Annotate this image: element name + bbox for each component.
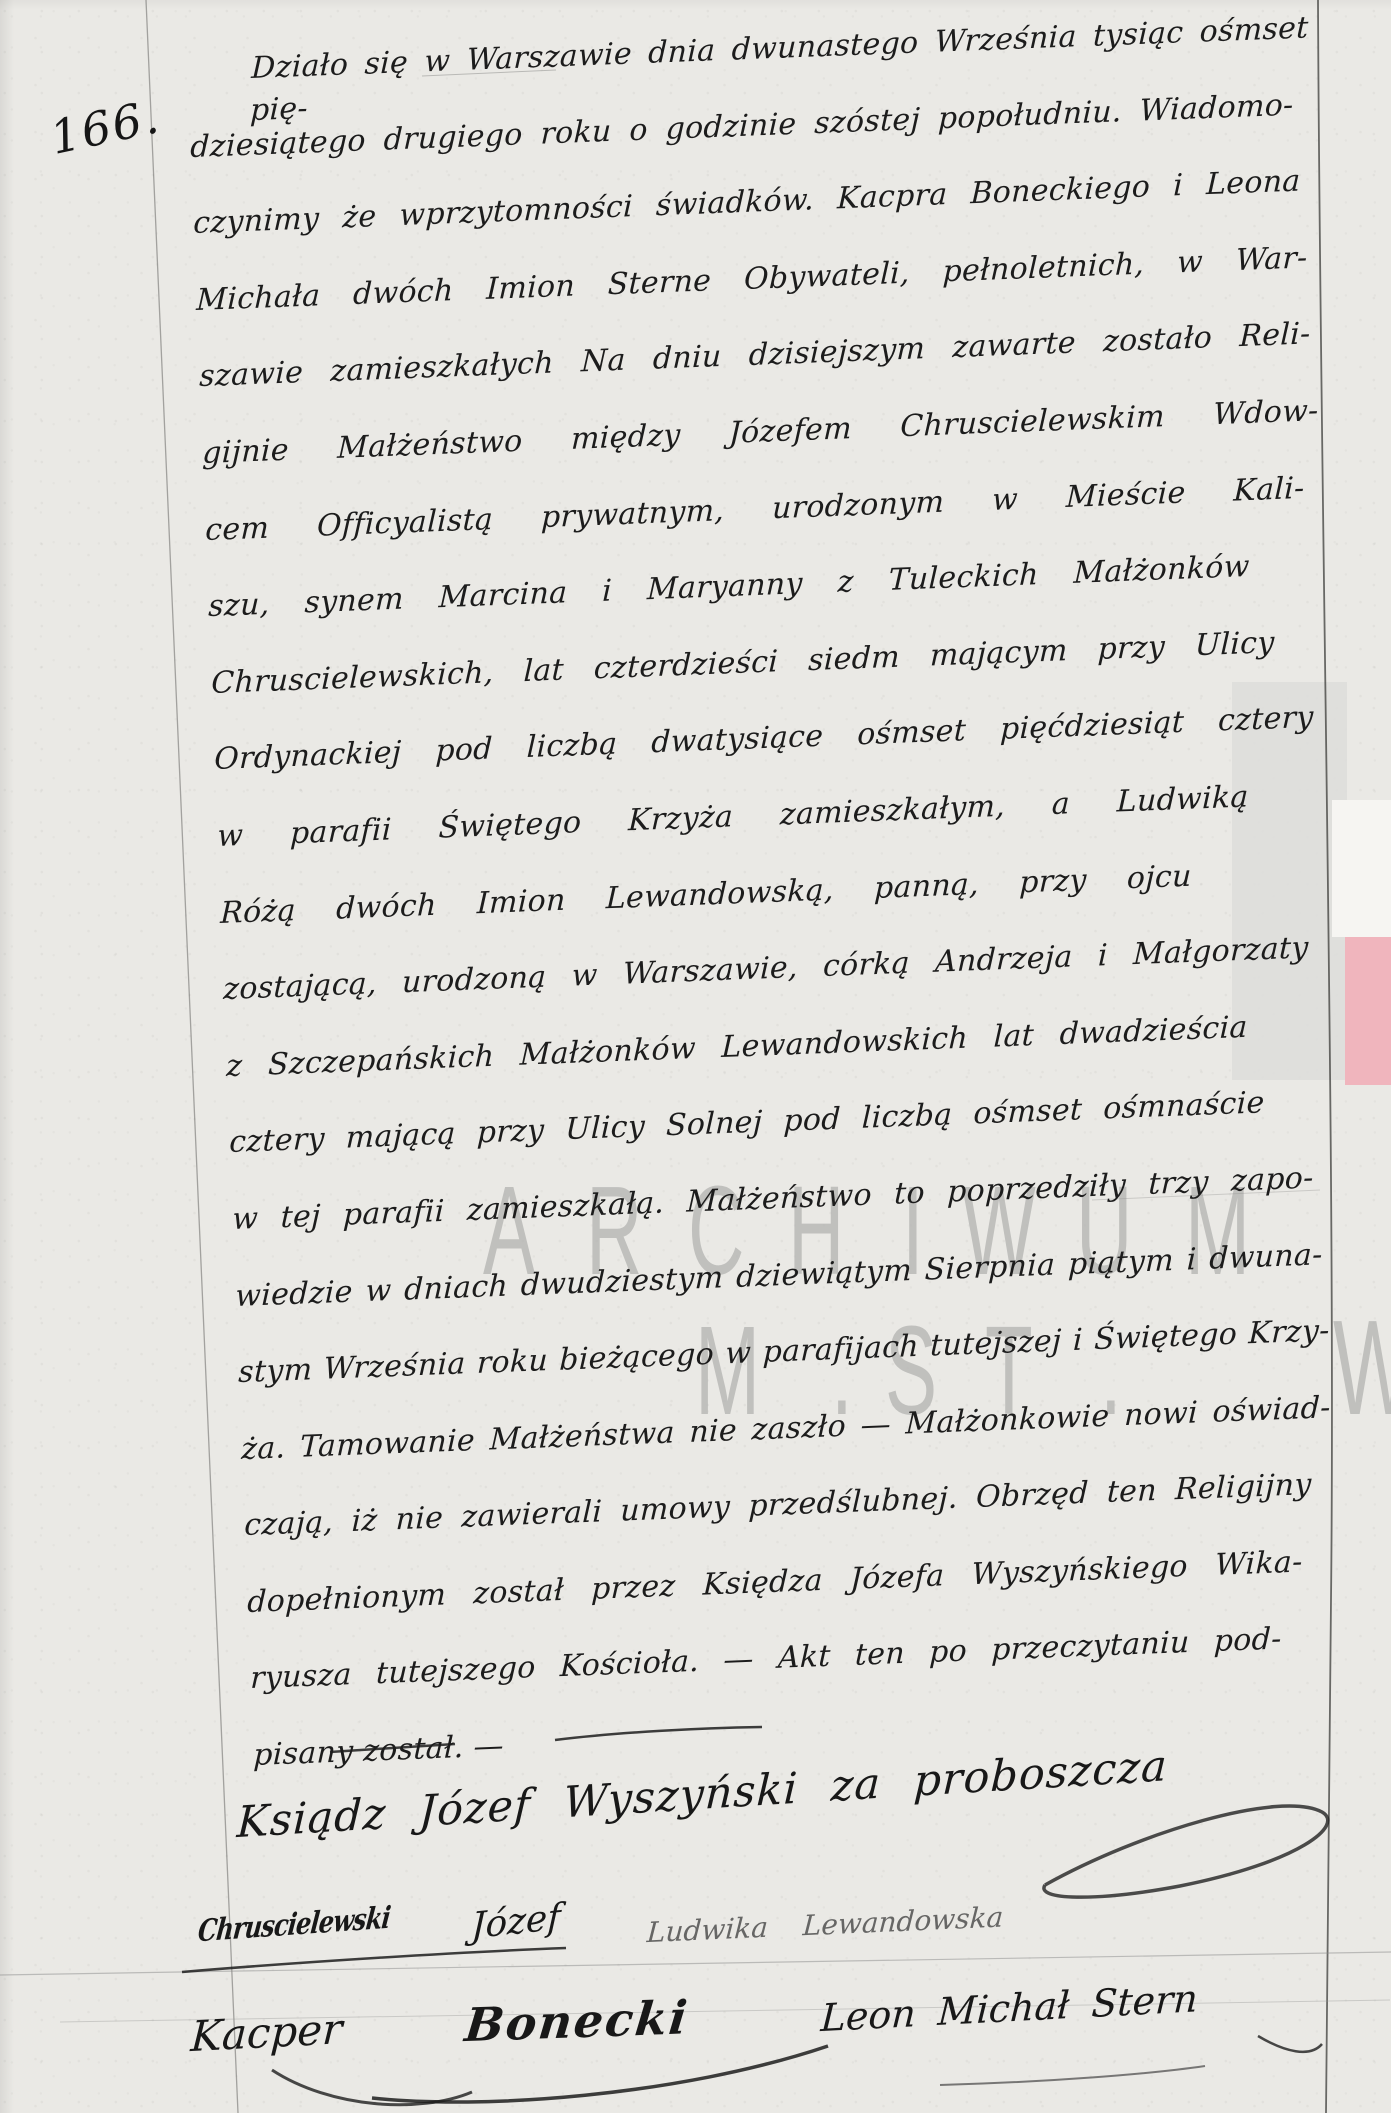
record-text-line: ża. Tamowanie Małżeństwa nie zaszło — Ma… (241, 1387, 1332, 1471)
record-text-line: z Szczepańskich Małżonków Lewandowskich … (226, 1007, 1249, 1088)
scanned-document-page: A R C H I W U M M . S T . W 166. Działo (0, 0, 1391, 2113)
record-text-line: zostającą, urodzoną w Warszawie, córką A… (223, 927, 1310, 1011)
signature-groom-firstname: Józef (471, 1897, 562, 1948)
record-text-line: gijnie Małżeństwo między Józefem Chrusci… (202, 390, 1319, 475)
priest-signature-flourish (1044, 1806, 1328, 1897)
signature-witness1-last: Bonecki (462, 1990, 691, 2052)
signature-witness2: Leon Michał Stern (820, 1976, 1199, 2040)
watermark-white-block (1332, 800, 1391, 937)
record-text-line: cem Officyalistą prywatnym, urodzonym w … (205, 468, 1306, 552)
record-number: 166. (46, 89, 165, 165)
record-text-line: czają, iż nie zawierali umowy przedślubn… (244, 1464, 1313, 1547)
record-text-line: pisany został. — (253, 1719, 674, 1777)
bonecki-signature-flourish (372, 2046, 828, 2102)
record-text-line: stym Września roku bieżącego w parafijac… (238, 1310, 1331, 1394)
record-text-line: w tej parafii zamieszkałą. Małżeństwo to… (232, 1157, 1315, 1241)
record-text-line: Różą dwóch Imion Lewandowską, panną, prz… (220, 856, 1193, 935)
record-text-line: ryusza tutejszego Kościoła. — Akt ten po… (250, 1618, 1283, 1700)
watermark-pink-block (1345, 937, 1391, 1085)
stern-signature-flourish (1258, 2036, 1322, 2052)
record-text-line: Chruscielewskich, lat czterdzieści siedm… (211, 622, 1276, 705)
record-text-line: dopełnionym został przez Księdza Józefa … (247, 1541, 1304, 1624)
record-text-line: Michała dwóch Imion Sterne Obywateli, pe… (196, 237, 1309, 322)
signature-witness1-first: Kacper (189, 2004, 343, 2061)
record-text-line: czynimy że wprzytomności świadków. Kacpr… (193, 160, 1302, 245)
watermark-letter-w-cut: W (1333, 1300, 1391, 1435)
signature-groom-monogram: Chruscielewski (196, 1901, 392, 1950)
record-text-line: szawie zamieszkałych Na dniu dzisiejszym… (199, 313, 1312, 398)
record-text-line: cztery mającą przy Ulicy Solnej pod licz… (229, 1082, 1266, 1164)
record-text-line: w parafii Świętego Krzyża zamieszkałym, … (217, 776, 1250, 858)
watermark-gray-block (1232, 682, 1347, 1080)
record-text-line: Ordynackiej pod liczbą dwatysiące ośmset… (214, 697, 1315, 781)
signature-bride: Ludwika Lewandowska (646, 1900, 1004, 1949)
record-text-line: szu, synem Marcina i Maryanny z Tuleckic… (208, 546, 1251, 628)
record-text-line: wiedzie w dniach dwudziestym dziewiątym … (235, 1234, 1324, 1318)
